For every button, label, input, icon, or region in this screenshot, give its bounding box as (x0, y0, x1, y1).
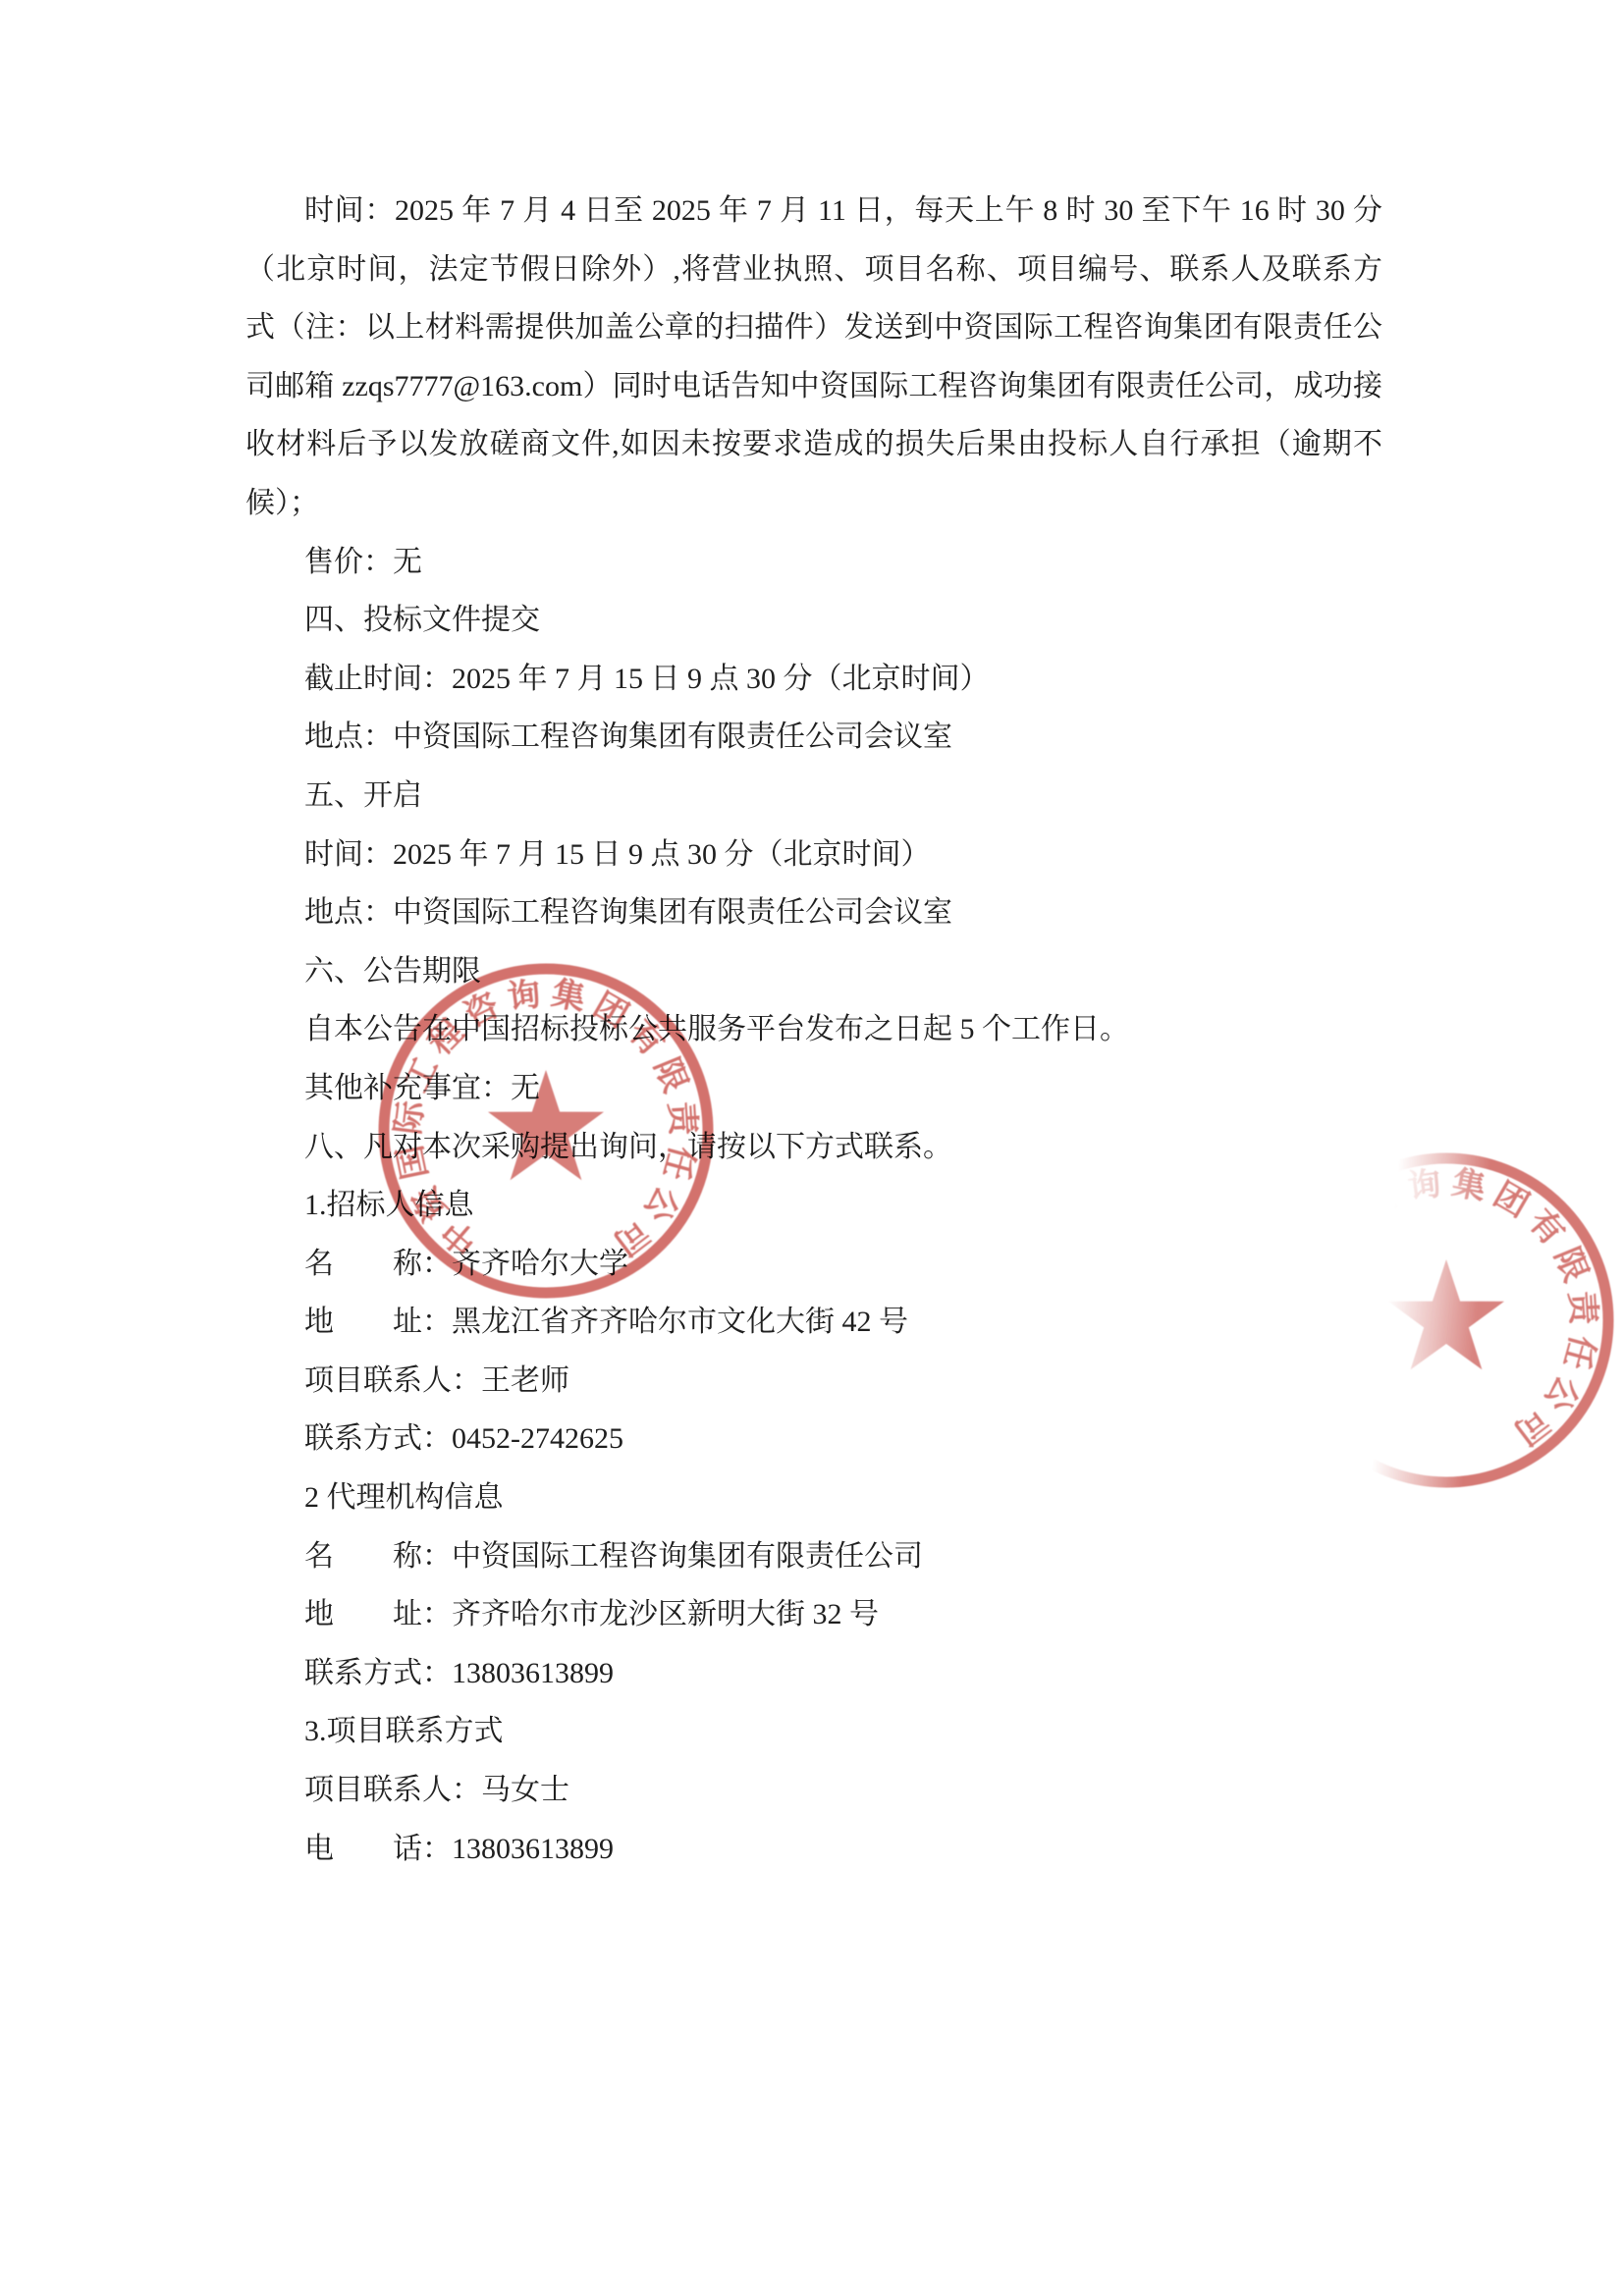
doc-line: 截止时间：2025 年 7 月 15 日 9 点 30 分（北京时间） (245, 650, 1382, 709)
doc-line: 项目联系人：马女士 (245, 1761, 1382, 1820)
doc-line: 八、凡对本次采购提出询问，请按以下方式联系。 (245, 1118, 1382, 1177)
doc-line: 五、开启 (245, 767, 1382, 826)
doc-line: 3.项目联系方式 (245, 1702, 1382, 1761)
doc-line: 地 址：黑龙江省齐齐哈尔市文化大街 42 号 (245, 1293, 1382, 1352)
doc-line: （北京时间，法定节假日除外）,将营业执照、项目名称、项目编号、联系人及联系方 (245, 240, 1382, 299)
document-page: 时间：2025 年 7 月 4 日至 2025 年 7 月 11 日，每天上午 … (0, 0, 1623, 2296)
doc-line: 名 称：齐齐哈尔大学 (245, 1235, 1382, 1294)
doc-line: 候）； (245, 474, 1382, 533)
doc-line: 地点：中资国际工程咨询集团有限责任公司会议室 (245, 708, 1382, 767)
doc-line: 时间：2025 年 7 月 4 日至 2025 年 7 月 11 日，每天上午 … (245, 182, 1382, 240)
doc-line: 联系方式：0452-2742625 (245, 1410, 1382, 1468)
doc-line: 自本公告在中国招标投标公共服务平台发布之日起 5 个工作日。 (245, 1000, 1382, 1059)
doc-line: 收材料后予以发放磋商文件,如因未按要求造成的损失后果由投标人自行承担（逾期不 (245, 415, 1382, 474)
doc-line: 六、公告期限 (245, 942, 1382, 1001)
doc-line: 电 话：13803613899 (245, 1820, 1382, 1879)
document-text: 时间：2025 年 7 月 4 日至 2025 年 7 月 11 日，每天上午 … (245, 182, 1382, 1878)
doc-line: 其他补充事宜：无 (245, 1059, 1382, 1118)
doc-line: 名 称：中资国际工程咨询集团有限责任公司 (245, 1527, 1382, 1586)
doc-line: 售价：无 (245, 533, 1382, 592)
doc-line: 联系方式：13803613899 (245, 1644, 1382, 1703)
doc-line: 地 址：齐齐哈尔市龙沙区新明大街 32 号 (245, 1585, 1382, 1644)
star-icon (1388, 1259, 1504, 1369)
doc-line: 式（注：以上材料需提供加盖公章的扫描件）发送到中资国际工程咨询集团有限责任公 (245, 298, 1382, 357)
doc-line: 项目联系人：王老师 (245, 1352, 1382, 1411)
doc-line: 2 代理机构信息 (245, 1468, 1382, 1527)
doc-line: 时间：2025 年 7 月 15 日 9 点 30 分（北京时间） (245, 826, 1382, 884)
doc-line: 四、投标文件提交 (245, 591, 1382, 650)
doc-line: 地点：中资国际工程咨询集团有限责任公司会议室 (245, 883, 1382, 942)
doc-line: 司邮箱 zzqs7777@163.com）同时电话告知中资国际工程咨询集团有限责… (245, 357, 1382, 416)
doc-line: 1.招标人信息 (245, 1176, 1382, 1235)
